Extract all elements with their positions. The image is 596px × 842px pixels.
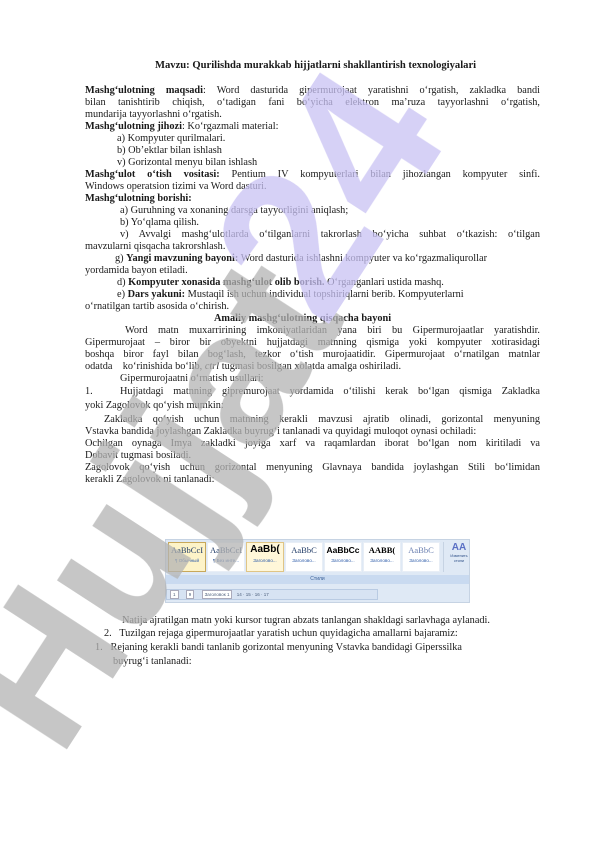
list-item-line: Hujjatdagi matnning gipremurojaat yordam… [120, 386, 540, 398]
equipment-label: Mashg‘ulotning jihozi [85, 121, 182, 132]
process-step-e-cont: o‘rnatilgan tartib asosida o‘chirish. [85, 301, 229, 313]
change-styles-button: AA Изменить стили [450, 542, 468, 574]
section-title: Amaliy mashg‘ulotning qisqacha bayoni [214, 313, 391, 325]
numbered-step: 1. Rejaning kerakli bandi tanlanib goriz… [95, 642, 462, 654]
body-paragraph-line: kerakli Zagolovok ni tanlanadi: [85, 474, 215, 486]
process-step-v: v) Avvalgi mashg‘ulotlarda o‘tilganlarni… [120, 229, 540, 241]
styles-gallery: AaBbCcI¶ Обычный AaBbCcI¶ Без инте... Aa… [168, 542, 441, 574]
process-step-a: a) Guruhning va xonaning darsga tayyorli… [120, 205, 348, 217]
body-paragraph-line: boshqa biror fayl bilan bog‘lash, tezkor… [85, 349, 540, 361]
process-step-d: d) Kompyuter xonasida mashg‘ulot olib bo… [117, 277, 444, 289]
body-paragraph-line: Zakladka qo‘yish uchun matnning kerakli … [104, 414, 540, 426]
gallery-scroll-icon [443, 542, 450, 572]
style-tile: AaBbCЗаголово... [402, 542, 440, 572]
list-number: 1. [85, 386, 93, 398]
style-tile: AaBbCcI¶ Обычный [168, 542, 206, 572]
process-step-g-cont: yordamida bayon etiladi. [85, 265, 188, 277]
style-tile: AaBbCcЗаголово... [324, 542, 362, 572]
style-tile: AaBbCЗаголово... [285, 542, 323, 572]
process-step-g: g) Yangi mavzuning bayoni: Word dasturid… [115, 253, 487, 265]
body-paragraph-line: Zagolovok qo‘yish uchun gorizontal menyu… [85, 462, 540, 474]
body-paragraph-line: Ochilgan oynaga Imya zakladki joyiga xar… [85, 438, 540, 450]
process-step-e: e) Dars yakuni: Mustaqil ish uchun indiv… [117, 289, 464, 301]
list-item-line: yoki Zagolovok qo‘yish mumkin: [85, 400, 224, 412]
change-styles-icon: AA [450, 542, 468, 554]
result-line: Natija ajratilgan matn yoki kursor tugra… [122, 615, 490, 627]
process-step-v-cont: mavzularni qisqacha takrorshlash. [85, 241, 225, 253]
equipment-item: b) Ob’ektlar bilan ishlash [117, 145, 222, 157]
word-styles-ribbon-image: AaBbCcI¶ Обычный AaBbCcI¶ Без инте... Aa… [165, 539, 470, 603]
means-line-1: Mashg‘ulot o‘tish vositasi: Pentium IV k… [85, 169, 540, 181]
document-page: Mavzu: Qurilishda murakkab hijjatlarni s… [0, 0, 596, 842]
means-label: Mashg‘ulot o‘tish vositasi: [85, 169, 220, 180]
goal-line-3: mundarija tayyorlashni o‘rgatish. [85, 109, 222, 121]
document-title: Mavzu: Qurilishda murakkab hijjatlarni s… [155, 60, 476, 72]
equipment-item: a) Kompyuter qurilmalari. [117, 133, 225, 145]
style-tile: AaBb(Заголово... [246, 542, 284, 572]
body-paragraph-line: Word matn muxarririning imkoniyatlaridan… [125, 325, 540, 337]
body-paragraph-line: Vstavka bandida joylashgan Zakladka buyr… [85, 426, 476, 438]
styles-group-label: Стили [166, 575, 469, 584]
numbered-step-cont: buyrug‘i tanlanadi: [113, 656, 192, 668]
means-line-2: Windows operatsion tizimi va Word dastur… [85, 181, 267, 193]
body-paragraph-line: Gipermurojaat – biror bir obyektni hujja… [85, 337, 540, 349]
goal-line-2: bilan tanishtirib chiqish, o‘tadigan fan… [85, 97, 540, 109]
body-paragraph-line: Dobavit tugmasi bosiladi. [85, 450, 191, 462]
goal-line-1: Mashg‘ulotning maqsadi: Word dasturida g… [85, 85, 540, 97]
style-tile: AABB(Заголово... [363, 542, 401, 572]
numbered-step: 2. Tuzilgan rejaga gipermurojaatlar yara… [104, 628, 458, 640]
body-paragraph-line: odatda ko‘rinishida bo‘lib, ctrl tugmasi… [85, 361, 401, 373]
goal-label: Mashg‘ulotning maqsadi [85, 85, 203, 96]
equipment-item: v) Gorizontal menyu bilan ishlash [117, 157, 257, 169]
process-step-b: b) Yo‘qlama qilish. [120, 217, 199, 229]
methods-heading: Gipermurojaatni o‘rnatish usullari: [120, 373, 264, 385]
format-toolbar: 1 9 Заголовок 1 14 · 15 · 16 · 17 [166, 589, 378, 600]
style-tile: AaBbCcI¶ Без инте... [207, 542, 245, 572]
equipment-line: Mashg‘ulotning jihozi: Ko‘rgazmali mater… [85, 121, 278, 133]
process-label: Mashg‘ulotning borishi: [85, 193, 192, 205]
